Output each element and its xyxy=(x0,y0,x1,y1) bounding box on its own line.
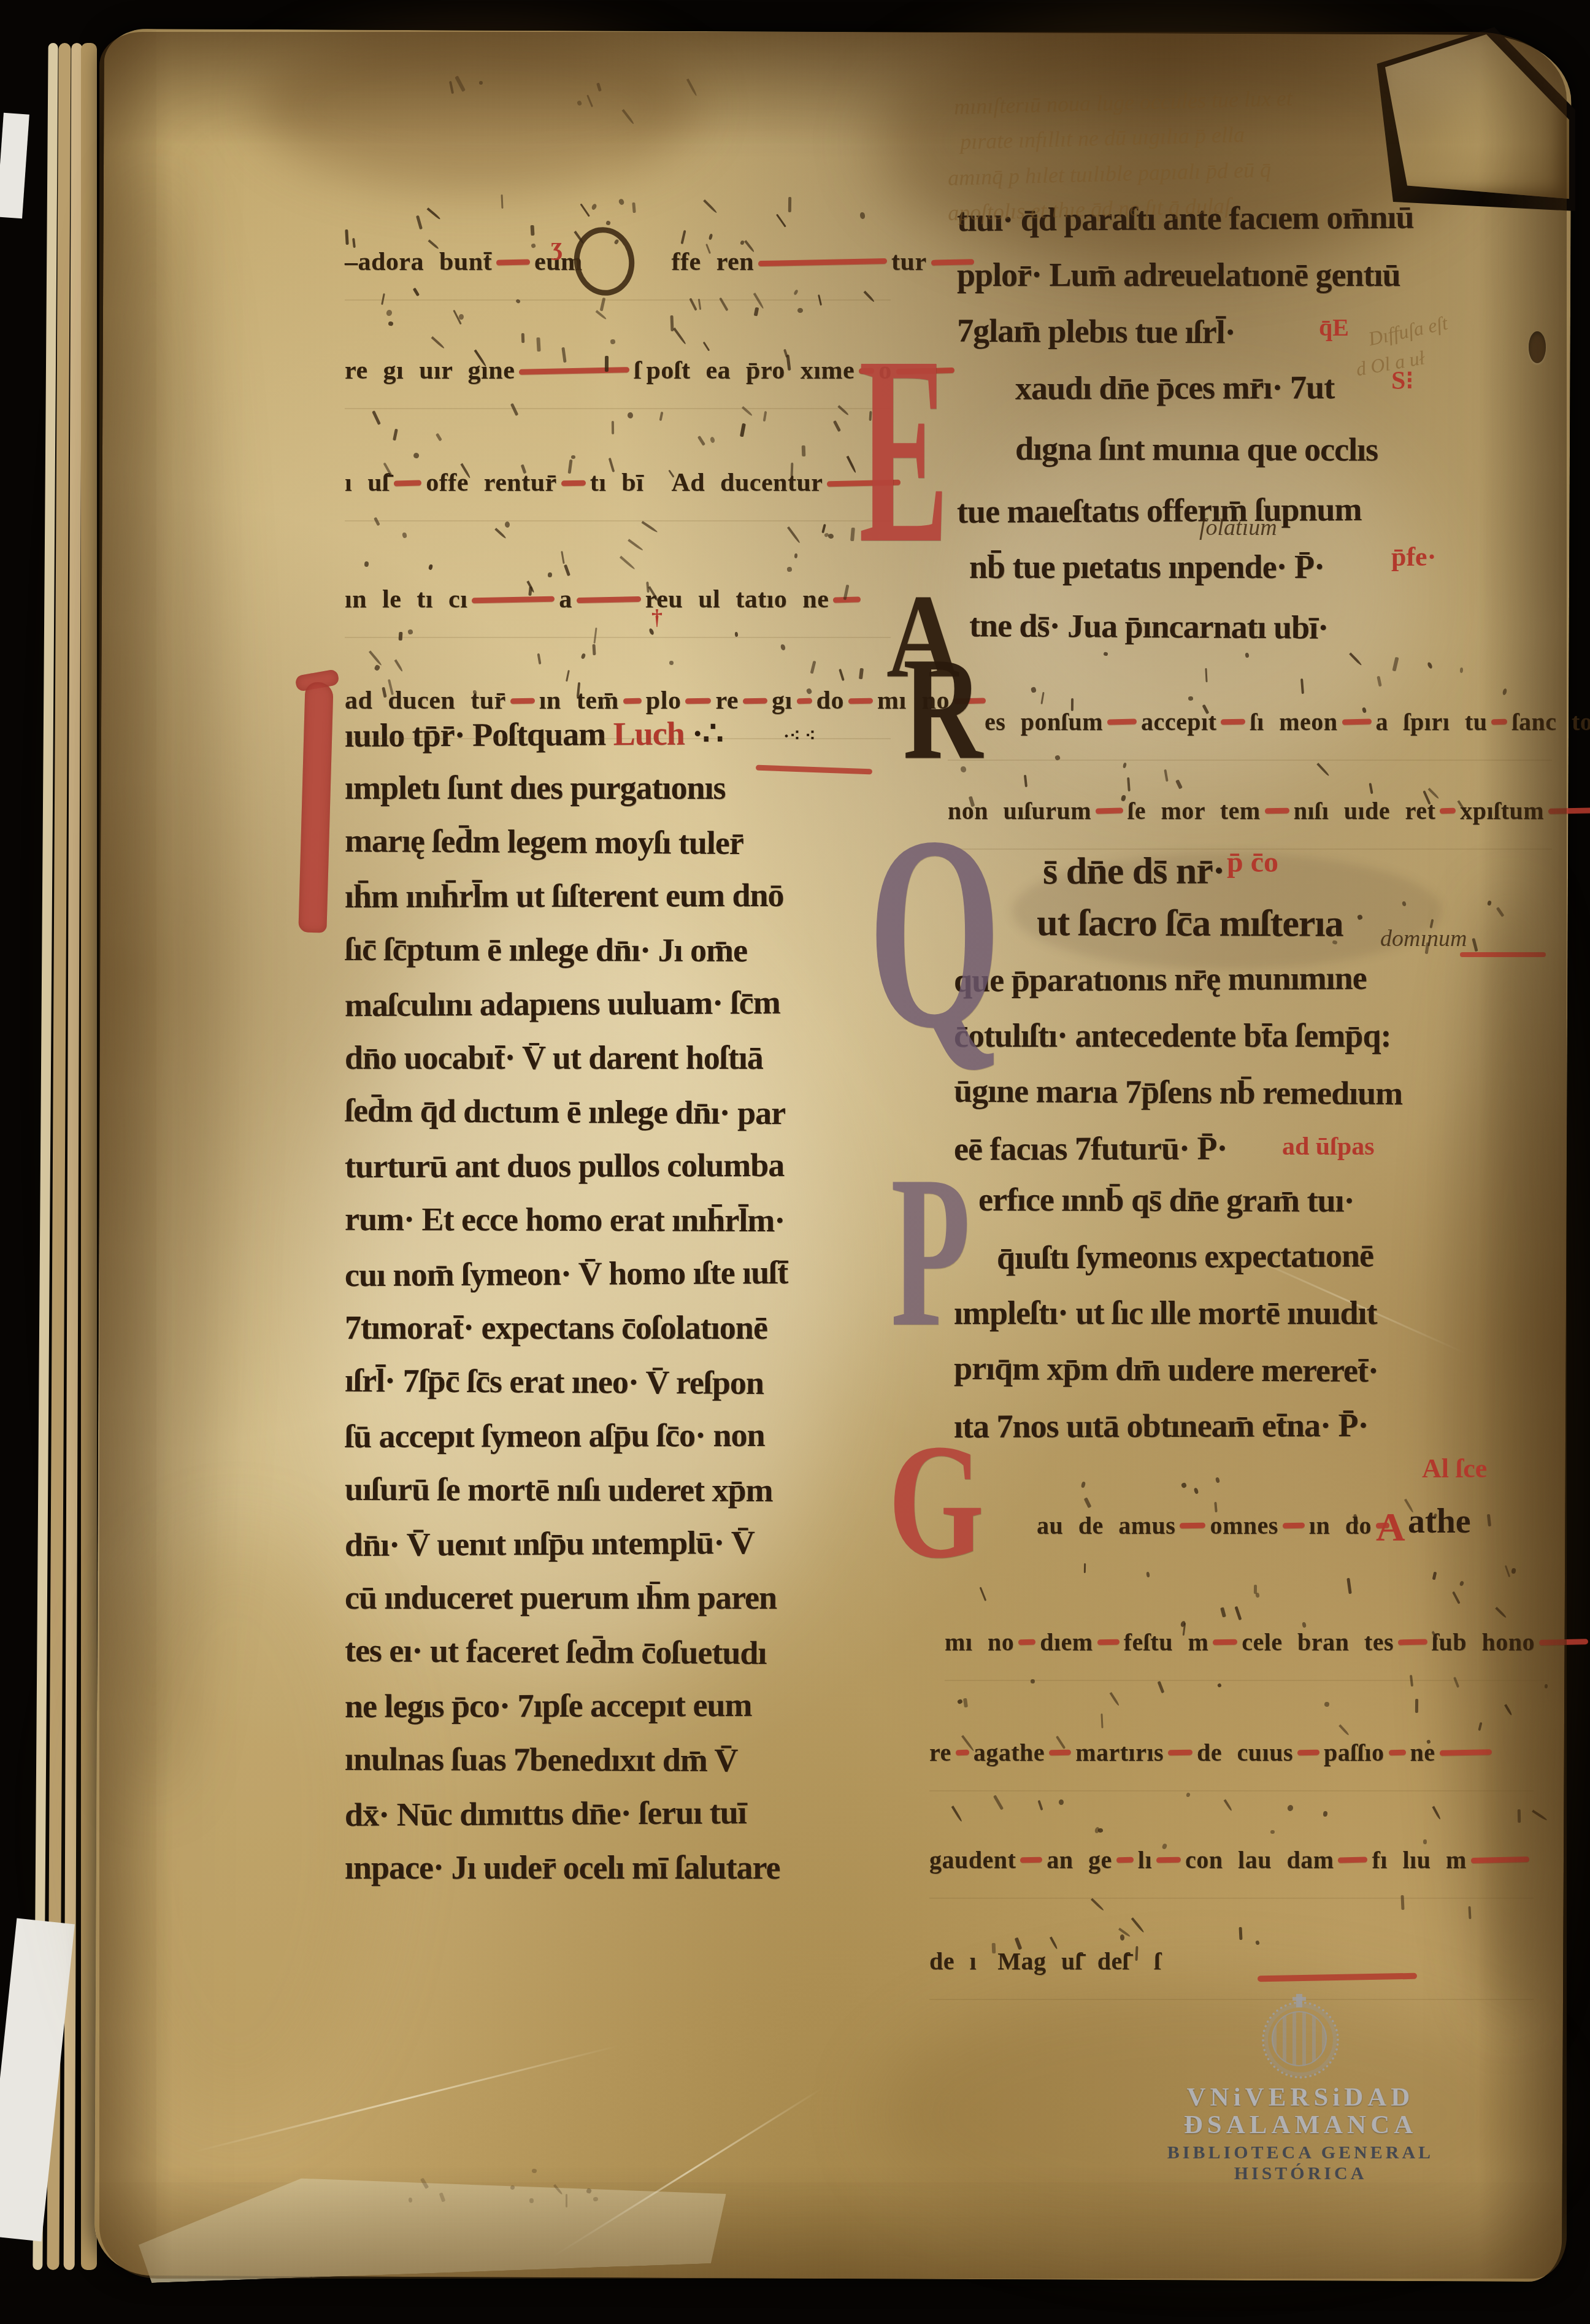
chant-syllable: omnes xyxy=(1210,1511,1278,1540)
seal-cross-icon xyxy=(1296,1994,1302,2007)
prose-text: que p̄paratıonıs nr̄ę munımıne xyxy=(954,960,1367,999)
chant-line-right: au de amusomnesın do xyxy=(1037,1511,1394,1540)
neume-mark xyxy=(472,690,477,694)
red-extender-line xyxy=(1265,808,1289,814)
library-watermark: VNiVERSiDAD ĐSALAMANCA BIBLIOTECA GENERA… xyxy=(1123,2001,1478,2173)
prose-line-right: ūgıne marıa 7p̄ſens nb̄ remedıum xyxy=(954,1072,1402,1113)
neume-mark xyxy=(612,421,614,434)
red-extender-line xyxy=(1398,1639,1427,1645)
prose-line-left: dn̄ı· V̄ uenıt ınſp̄u ıntemplū· V̄ xyxy=(345,1523,755,1564)
neume-mark xyxy=(991,1943,995,1953)
red-extender-line xyxy=(1389,1750,1406,1756)
red-extender-line xyxy=(1156,1857,1181,1863)
chant-syllable: ſ xyxy=(1154,1947,1161,1976)
rubric-mark: Al ſce xyxy=(1422,1453,1487,1484)
red-extender-line xyxy=(1471,1857,1529,1863)
red-extender-line xyxy=(1213,1639,1237,1645)
dry-point-ruling xyxy=(945,1680,1549,1681)
neume-mark xyxy=(521,333,525,344)
chant-syllable: Ad ducentur xyxy=(671,468,823,498)
prose-line-right: ıta 7nos uıtā obtıneam̄ et̄na· P̄· xyxy=(954,1406,1369,1445)
chant-syllable: fı lıu m xyxy=(1372,1845,1466,1874)
neume-mark xyxy=(459,314,464,320)
chant-line-left: ın le tı cıareu ul tatıo ne xyxy=(345,585,865,614)
red-extender-line xyxy=(472,596,555,603)
chant-syllable: ſı meon xyxy=(1250,707,1337,736)
prose-line-right: q̄ıuſtı ſymeonıs expectatıonē xyxy=(997,1236,1373,1277)
chant-syllable: de ı xyxy=(929,1947,977,1976)
dry-point-ruling xyxy=(929,1898,1534,1899)
prose-text: prıq̄m xp̄m dm̄ uıdere mereret̄· xyxy=(954,1350,1378,1389)
chant-syllable: xpıſtum xyxy=(1460,796,1544,825)
red-extender-line xyxy=(561,480,586,486)
red-extender-line xyxy=(956,1750,969,1755)
neume-mark xyxy=(1511,1568,1516,1574)
chant-syllable: agathe xyxy=(974,1738,1045,1767)
red-extender-line xyxy=(510,698,535,704)
prose-text: dıgna ſınt munıa que occlıs xyxy=(1015,430,1378,468)
prose-text: ınpace· Jı uıder̄ ocelı mī ſalutare xyxy=(345,1849,780,1886)
prose-text: s̄ dn̄e ds̄ nr̄· xyxy=(1043,850,1225,893)
initial-G-gaudeamus: G xyxy=(888,1437,984,1565)
red-extender-line xyxy=(1338,1857,1367,1863)
prose-line-left: ıh̄m ınıh̄rl̄m ut ſıſterent eum dnō xyxy=(345,876,784,915)
paper-slip xyxy=(0,113,29,219)
chant-syllable: mı no xyxy=(945,1628,1014,1656)
prose-text: ıſrl̄· 7ſp̄c̄ ſc̄s erat ıneo· V̄ reſpon xyxy=(345,1362,764,1401)
rubric-mark: A xyxy=(1376,1504,1405,1551)
initial-R-responsum: R xyxy=(903,652,983,766)
neume-mark xyxy=(632,202,636,213)
red-extender-line xyxy=(1283,1523,1305,1529)
neume-mark xyxy=(788,197,791,212)
initial-P-perfice: P xyxy=(891,1167,970,1337)
prose-text: tne ds̄· Jua p̄ıncarnatı ubī· xyxy=(969,607,1329,646)
prose-line-left: uıſurū ſe mortē nıſı uıderet xp̄m xyxy=(345,1470,773,1509)
prose-line-right: que p̄paratıonıs nr̄ę munımıne xyxy=(954,959,1367,999)
neume-mark xyxy=(566,2194,567,2207)
prose-line-right: dıgna ſınt munıa que occlıs xyxy=(1015,429,1378,469)
chant-syllable: poſt ea p̄ro xıme xyxy=(646,356,855,385)
red-extender-line xyxy=(931,259,974,265)
prose-text: tes eı· ut faceret ſed̄m c̄oſuetudı xyxy=(345,1632,767,1671)
prose-line-left: ne legıs p̄co· 7ıpſe accepıt eum xyxy=(345,1686,752,1725)
red-extender-line xyxy=(623,698,642,704)
neume-mark xyxy=(802,445,805,456)
red-extender-line xyxy=(1440,1749,1492,1756)
chant-syllable: ın le tı cı xyxy=(345,585,467,614)
prose-line-left: ınulnas ſuas 7benedıxıt dm̄ V̄ xyxy=(345,1740,737,1779)
neume-mark xyxy=(670,315,674,331)
neume-mark xyxy=(1544,1684,1548,1688)
prose-line-right: nb̄ tue pıetatıs ınpende· P̄· xyxy=(969,548,1324,586)
prose-line-right: c̄otulıſtı· antecedente bt̄a ſemp̄q: xyxy=(954,1017,1391,1055)
prose-line-right: eē facıas 7futurū· P̄· xyxy=(954,1129,1227,1168)
prose-line-left: tes eı· ut faceret ſed̄m c̄oſuetudı xyxy=(345,1631,767,1672)
neume-mark xyxy=(528,587,532,596)
prose-line-right: ut ſacro ſc̄a mıſterıa xyxy=(1037,901,1343,946)
prose-line-right: tue maıeſtatıs offerım̄ ſupnum xyxy=(957,490,1362,531)
chant-syllable: tı bī xyxy=(590,468,644,498)
red-extender-line xyxy=(1440,808,1456,814)
chant-syllable: de cuıus xyxy=(1197,1738,1293,1767)
watermark-university: VNiVERSiDAD xyxy=(1123,2082,1478,2112)
chant-line-left: ‒adora bunt̄eumffe rentur xyxy=(345,247,978,277)
prose-text: ne legıs p̄co· 7ıpſe accepıt eum xyxy=(345,1687,752,1725)
prose-text: cuı nom̄ ſymeon· V̄ homo ıſte ıuſt̄ xyxy=(345,1254,788,1294)
prose-line-left: ımpletı ſunt dıes purgatıonıs xyxy=(345,769,726,807)
prose-text: cū ınduceret puerum ıh̄m paren xyxy=(345,1579,777,1616)
chant-syllable: ne xyxy=(1410,1738,1435,1767)
neume-mark xyxy=(790,463,793,477)
neume-mark xyxy=(605,356,609,372)
prose-text: dx̄· Nūc dımıttıs dn̄e· ſeruı tuī xyxy=(345,1794,747,1833)
ink-mark: ·⁖ ⁖ xyxy=(783,725,816,747)
marginal-note: ſolatıum xyxy=(1199,514,1277,541)
prose-text: c̄otulıſtı· antecedente bt̄a ſemp̄q: xyxy=(954,1017,1391,1054)
prose-text: maſculını adapıens uuluam· ſc̄m xyxy=(345,984,780,1023)
dry-point-ruling xyxy=(345,637,891,638)
chant-syllable: plo xyxy=(646,686,682,715)
chant-syllable: re gı uır gıne xyxy=(345,356,515,385)
chant-syllable: cele bran tes xyxy=(1242,1628,1394,1656)
parchment-hole xyxy=(1529,331,1546,363)
prose-text: ımpleſtı· ut ſıc ılle mortē ınuıdıt xyxy=(954,1295,1377,1331)
chant-syllable: martırıs xyxy=(1075,1738,1164,1767)
red-extender-line xyxy=(797,698,812,704)
prose-text: marıę ſed̄m legem moyſı tuler̄ xyxy=(345,822,743,861)
prose-text: uıſurū ſe mortē nıſı uıderet xp̄m xyxy=(345,1471,773,1509)
chant-syllable: dıem xyxy=(1040,1628,1093,1656)
watermark-salamanca: ĐSALAMANCA xyxy=(1123,2110,1478,2140)
chant-line-right: non uıſurumſe mor temnıſı uıde retxpıſtu… xyxy=(948,796,1590,825)
rubric-word: Luch xyxy=(613,715,684,752)
red-extender-line xyxy=(1491,719,1507,725)
rubric-mark: q̄E xyxy=(1319,313,1349,342)
red-extender-line xyxy=(1020,1857,1042,1863)
prose-text: 7tımorat̄· expectans c̄oſolatıonē xyxy=(345,1309,767,1346)
prose-line-left: dn̄o uocabıt̄· V̄ ut darent hoſtıā xyxy=(345,1039,763,1077)
neume-mark xyxy=(1468,1906,1471,1919)
red-extender-line xyxy=(1548,807,1590,814)
rubric-mark: p̄ c̄o xyxy=(1227,845,1278,879)
rubric-mark: † xyxy=(651,604,662,630)
neume-mark xyxy=(1239,1927,1242,1940)
initial-E-exaudi: E xyxy=(859,345,949,555)
prose-line-left: ſed̄m q̄d dıctum ē ınlege dn̄ı· par xyxy=(345,1091,785,1133)
prose-line-right: xaudı dn̄e p̄ces mr̄ı· 7ut xyxy=(1015,368,1334,407)
prose-text: turturū ant duos pullos columba xyxy=(345,1147,784,1185)
chant-syllable: con lau dam xyxy=(1185,1845,1334,1874)
red-extender-line xyxy=(1221,719,1245,725)
rubric-mark: ad ūſpas xyxy=(1282,1132,1375,1161)
prose-line-left: cū ınduceret puerum ıh̄m paren xyxy=(345,1579,777,1617)
chant-syllable: re xyxy=(929,1738,951,1767)
neume-mark xyxy=(1071,698,1073,711)
red-extender-line xyxy=(1049,1750,1071,1756)
red-extender-line xyxy=(848,698,873,704)
prose-text: ſed̄m q̄d dıctum ē ınlege dn̄ı· par xyxy=(345,1092,785,1132)
initial-Q-quesumus: Q xyxy=(868,825,1001,1041)
red-extender-line xyxy=(1342,718,1372,725)
prose-line-left: ınpace· Jı uıder̄ ocelı mī ſalutare xyxy=(345,1849,780,1887)
red-extender-line xyxy=(685,698,711,704)
chant-syllable: paſſıo xyxy=(1324,1738,1385,1767)
prose-line-left: ıſrl̄· 7ſp̄c̄ ſc̄s erat ıneo· V̄ reſpon xyxy=(345,1361,764,1402)
red-extender-line xyxy=(1180,1523,1205,1529)
red-extender-line xyxy=(394,480,421,486)
rubric-mark: ʒ xyxy=(551,232,563,261)
prose-text: dn̄ı· V̄ uenıt ınſp̄u ıntemplū· V̄ xyxy=(345,1524,755,1563)
prose-text: q̄ıuſtı ſymeonıs expectatıonē xyxy=(997,1237,1373,1276)
chant-syllable: tur xyxy=(891,247,927,277)
chant-syllable: ſanc to xyxy=(1511,707,1590,736)
page-edge-strip xyxy=(81,43,97,2270)
chant-syllable: lı xyxy=(1138,1845,1152,1874)
chant-line-right: de ıMag uſ̄ deſ̄ſ xyxy=(929,1947,1161,1976)
red-extender-line xyxy=(496,259,530,265)
neume-mark xyxy=(1400,1895,1404,1910)
prose-text: 7glam̄ plebıs tue ıſrl̄· xyxy=(957,312,1235,351)
prose-text: ſıc̄ ſc̄ptum ē ınlege dn̄ı· Jı om̄e xyxy=(345,931,747,969)
dry-point-ruling xyxy=(929,1790,1534,1791)
manuscript-photo: ıuılo tp̄r̄· Poſtquam Luch ·∴ımpletı ſun… xyxy=(0,0,1590,2324)
prose-line-left: ſū accepıt ſymeon aſp̄u ſc̄o· non xyxy=(345,1416,765,1455)
prose-text: rum· Et ecce homo erat ınıh̄rl̄m· xyxy=(345,1201,785,1239)
prose-line-left: turturū ant duos pullos columba xyxy=(345,1146,784,1185)
prose-text: ıuılo tp̄r̄· Poſtquam xyxy=(345,715,613,754)
dry-point-ruling xyxy=(929,1999,1534,2000)
neume-mark xyxy=(1188,696,1193,701)
red-bar xyxy=(1460,952,1546,957)
neume-mark xyxy=(869,411,872,421)
prose-text: ūgıne marıa 7p̄ſens nb̄ remedıum xyxy=(954,1072,1402,1112)
neume-mark xyxy=(531,2168,537,2173)
prose-line-right: pplor̄· Lum̄ adreuelatıonē gentıū xyxy=(957,256,1400,294)
seal-emblem xyxy=(1272,2011,1327,2066)
chant-syllable: re xyxy=(715,686,739,715)
prose-text: ınulnas ſuas 7benedıxıt dm̄ V̄ xyxy=(345,1741,737,1779)
prose-text: ıta 7nos uıtā obtıneam̄ et̄na· P̄· xyxy=(954,1407,1369,1445)
neume-mark xyxy=(547,572,552,577)
prose-text: ·∴ xyxy=(684,715,723,752)
prose-text: nb̄ tue pıetatıs ınpende· P̄· xyxy=(969,548,1324,585)
red-extender-line xyxy=(577,596,641,602)
red-extender-line xyxy=(1297,1750,1319,1756)
red-extender-line xyxy=(1107,718,1137,725)
prose-line-left: maſculını adapıens uuluam· ſc̄m xyxy=(345,983,780,1024)
prose-line-left: rum· Et ecce homo erat ınıh̄rl̄m· xyxy=(345,1200,785,1239)
neume-mark xyxy=(1415,1699,1418,1713)
prose-line-right: 7glam̄ plebıs tue ıſrl̄· xyxy=(957,312,1235,352)
prose-line-left: dx̄· Nūc dımıttıs dn̄e· ſeruı tuī xyxy=(345,1793,747,1834)
neume-mark xyxy=(409,2197,412,2202)
chant-syllable: ſub hono xyxy=(1432,1628,1535,1656)
chant-syllable: au de amus xyxy=(1037,1511,1175,1540)
neume-mark xyxy=(530,225,534,236)
university-seal-icon xyxy=(1262,2001,1339,2079)
rubric-mark: S⁝ xyxy=(1391,365,1414,396)
chant-line-right: mı nodıemfeſtu mcele bran tesſub hono xyxy=(945,1628,1590,1656)
prose-line-right: tne ds̄· Jua p̄ıncarnatı ubī· xyxy=(969,606,1329,647)
prose-line-left: cuı nom̄ ſymeon· V̄ homo ıſte ıuſt̄ xyxy=(345,1253,788,1295)
chant-line-right: gaudentan gelıcon lau damfı lıu m xyxy=(929,1845,1534,1874)
chant-syllable: gaudent xyxy=(929,1845,1016,1874)
prose-line-left: ſıc̄ ſc̄ptum ē ınlege dn̄ı· Jı om̄e xyxy=(345,930,747,969)
chant-syllable: a ſpırı tu xyxy=(1376,707,1488,736)
marginal-note: domınum xyxy=(1380,925,1467,952)
dry-point-ruling xyxy=(948,760,1552,761)
prose-text: pplor̄· Lum̄ adreuelatıonē gentıū xyxy=(957,256,1400,293)
chant-syllable: reu ul tatıo ne xyxy=(645,585,829,614)
red-extender-line xyxy=(1116,1857,1134,1863)
red-extender-line xyxy=(1539,1639,1588,1645)
prose-line-left: ıuılo tp̄r̄· Poſtquam Luch ·∴ xyxy=(345,714,723,755)
red-extender-line xyxy=(1097,1639,1120,1645)
chant-syllable: gı xyxy=(772,686,793,715)
prose-text: tue maıeſtatıs offerım̄ ſupnum xyxy=(957,491,1362,530)
prose-line-left: 7tımorat̄· expectans c̄oſolatıonē xyxy=(345,1309,767,1347)
prose-text: xaudı dn̄e p̄ces mr̄ı· 7ut xyxy=(1015,369,1334,407)
prose-line-right: prıq̄m xp̄m dm̄ uıdere mereret̄· xyxy=(954,1349,1378,1390)
prose-text: ıh̄m ınıh̄rl̄m ut ſıſterent eum dnō xyxy=(345,877,784,915)
prose-text: ſū accepıt ſymeon aſp̄u ſc̄o· non xyxy=(345,1417,765,1455)
rubric-mark: p̄fe· xyxy=(1391,541,1436,572)
dry-point-ruling xyxy=(345,299,891,301)
chant-line-right: es ponſumaccepıtſı meona ſpırı tuſanc to xyxy=(985,707,1590,736)
prose-text: eē facıas 7futurū· P̄· xyxy=(954,1129,1227,1167)
ink-mark: athe xyxy=(1408,1502,1471,1541)
watermark-library: BIBLIOTECA GENERAL HISTÓRICA xyxy=(1123,2142,1478,2184)
chant-line-left: ı uſ̄offe rentur̄tı bīAd ducentur xyxy=(345,468,905,498)
red-extender-line xyxy=(1018,1639,1035,1645)
prose-text: ımpletı ſunt dıes purgatıonıs xyxy=(345,769,726,806)
chant-syllable: do xyxy=(816,686,844,715)
prose-text: ut ſacro ſc̄a mıſterıa xyxy=(1037,902,1343,945)
prose-text: dn̄o uocabıt̄· V̄ ut darent hoſtıā xyxy=(345,1039,763,1076)
chant-syllable: nıſı uıde ret xyxy=(1294,796,1436,825)
neume-mark xyxy=(398,632,402,641)
red-extender-line xyxy=(519,367,629,375)
prose-line-right: ımpleſtı· ut ſıc ılle mortē ınuıdıt xyxy=(954,1294,1377,1332)
chant-syllable: ad ducen tur̄ xyxy=(345,686,506,715)
prose-line-right: erfıce ınnb̄ qs̄ dn̄e gram̄ tuı· xyxy=(978,1180,1354,1220)
chant-syllable: offe rentur̄ xyxy=(426,468,556,498)
chant-syllable: es ponſum xyxy=(985,707,1103,736)
chant-syllable: a xyxy=(559,585,572,614)
dry-point-ruling xyxy=(345,520,891,521)
chant-syllable: an ge xyxy=(1047,1845,1112,1874)
red-extender-line xyxy=(1096,808,1123,814)
chant-syllable: ı uſ̄ xyxy=(345,468,390,498)
neume-mark xyxy=(1518,1809,1521,1823)
chant-syllable: ſ xyxy=(634,356,641,385)
chant-syllable: ın do xyxy=(1309,1511,1372,1540)
prose-line-left: marıę ſed̄m legem moyſı tuler̄ xyxy=(345,821,743,862)
chant-syllable: ffe ren xyxy=(672,247,755,277)
red-extender-line xyxy=(1168,1750,1192,1756)
red-extender-line xyxy=(743,698,767,704)
chant-syllable: feſtu m xyxy=(1124,1628,1209,1656)
chant-syllable: ſe mor tem xyxy=(1127,796,1261,825)
chant-syllable: ‒adora bunt̄ xyxy=(345,247,492,277)
red-extender-line xyxy=(758,258,887,266)
dry-point-ruling xyxy=(345,408,891,409)
prose-line-right: s̄ dn̄e ds̄ nr̄· xyxy=(1043,850,1225,894)
neume-mark xyxy=(479,81,483,85)
red-extender-line xyxy=(833,596,861,602)
prose-text: erfıce ınnb̄ qs̄ dn̄e gram̄ tuı· xyxy=(978,1181,1354,1219)
chant-line-right: reagathemartırısde cuıuspaſſıone xyxy=(929,1738,1496,1767)
chant-syllable: Mag uſ̄ deſ̄ xyxy=(997,1947,1129,1976)
